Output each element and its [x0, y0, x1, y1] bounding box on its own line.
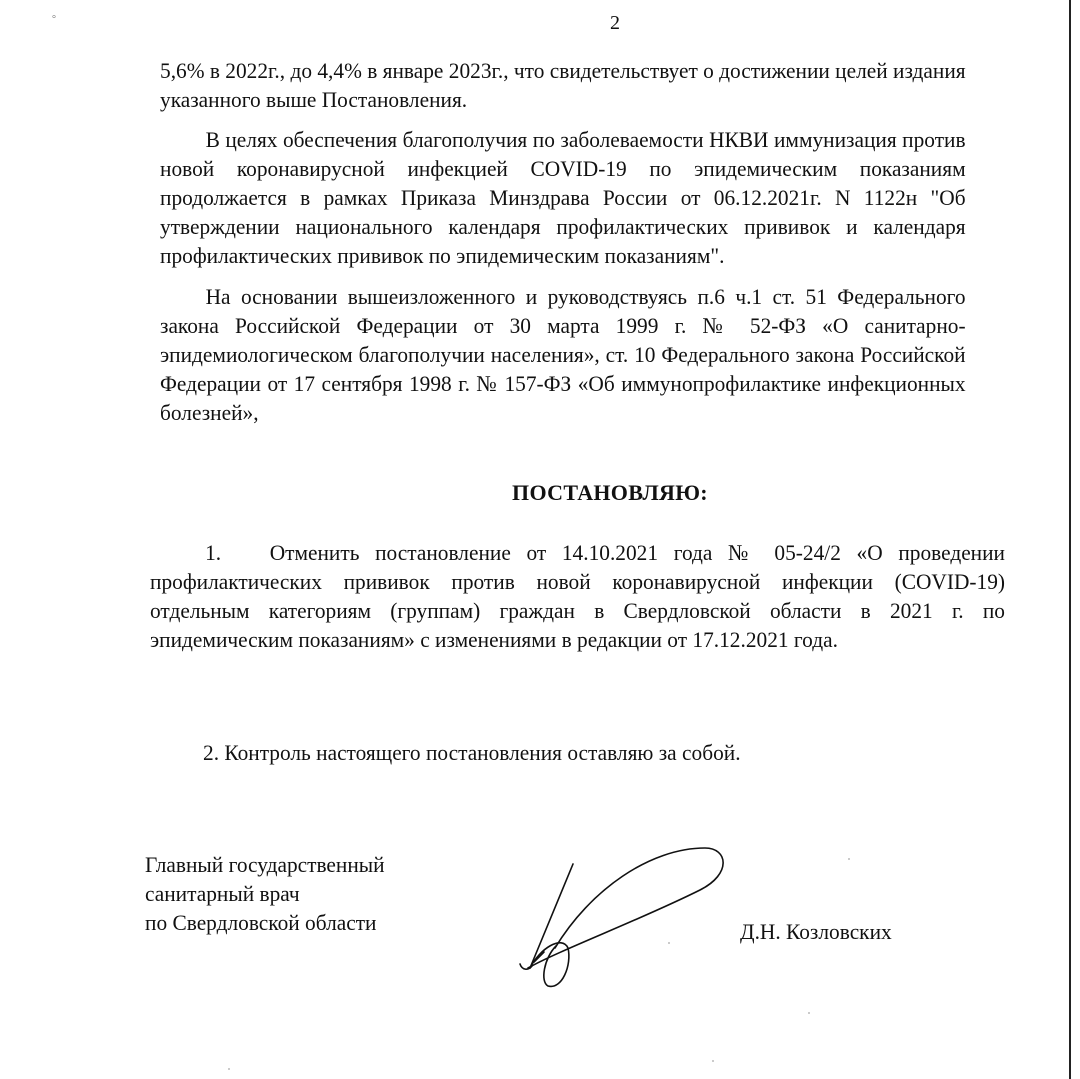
paragraph-text: В целях обеспечения благополучия по забо… — [160, 125, 966, 270]
paragraph-continuation: 5,6% в 2022г., до 4,4% в январе 2023г., … — [160, 56, 966, 114]
page-number: 2 — [0, 12, 1080, 35]
paragraph-legal-basis: На основании вышеизложенного и руководст… — [160, 282, 966, 427]
signer-title-line: Главный государственный — [145, 850, 385, 879]
document-page: ° 2 5,6% в 2022г., до 4,4% в январе 2023… — [0, 0, 1080, 1079]
scan-speck — [228, 1068, 230, 1070]
scan-speck — [848, 858, 850, 860]
scan-speck — [712, 1060, 714, 1062]
paragraph-text: 5,6% в 2022г., до 4,4% в январе 2023г., … — [160, 56, 966, 114]
signer-title-line: по Свердловской области — [145, 908, 385, 937]
item-text: Отменить постановление от 14.10.2021 год… — [150, 540, 1005, 652]
resolution-item-1: 1.Отменить постановление от 14.10.2021 г… — [150, 538, 1005, 654]
resolution-item-2: 2. Контроль настоящего постановления ост… — [203, 738, 741, 767]
item-number: 1. — [150, 538, 270, 567]
signer-name: Д.Н. Козловских — [740, 917, 892, 946]
signer-title: Главный государственный санитарный врач … — [145, 850, 385, 937]
paragraph-immunization: В целях обеспечения благополучия по забо… — [160, 125, 966, 270]
resolution-heading: ПОСТАНОВЛЯЮ: — [0, 480, 1080, 506]
signer-title-line: санитарный врач — [145, 879, 385, 908]
page-edge-line — [1069, 0, 1071, 1079]
handwritten-signature-icon — [500, 830, 740, 1000]
paragraph-text: На основании вышеизложенного и руководст… — [160, 282, 966, 427]
scan-speck — [808, 1012, 810, 1014]
item-paragraph: 1.Отменить постановление от 14.10.2021 г… — [150, 538, 1005, 654]
scan-speck — [668, 942, 670, 944]
